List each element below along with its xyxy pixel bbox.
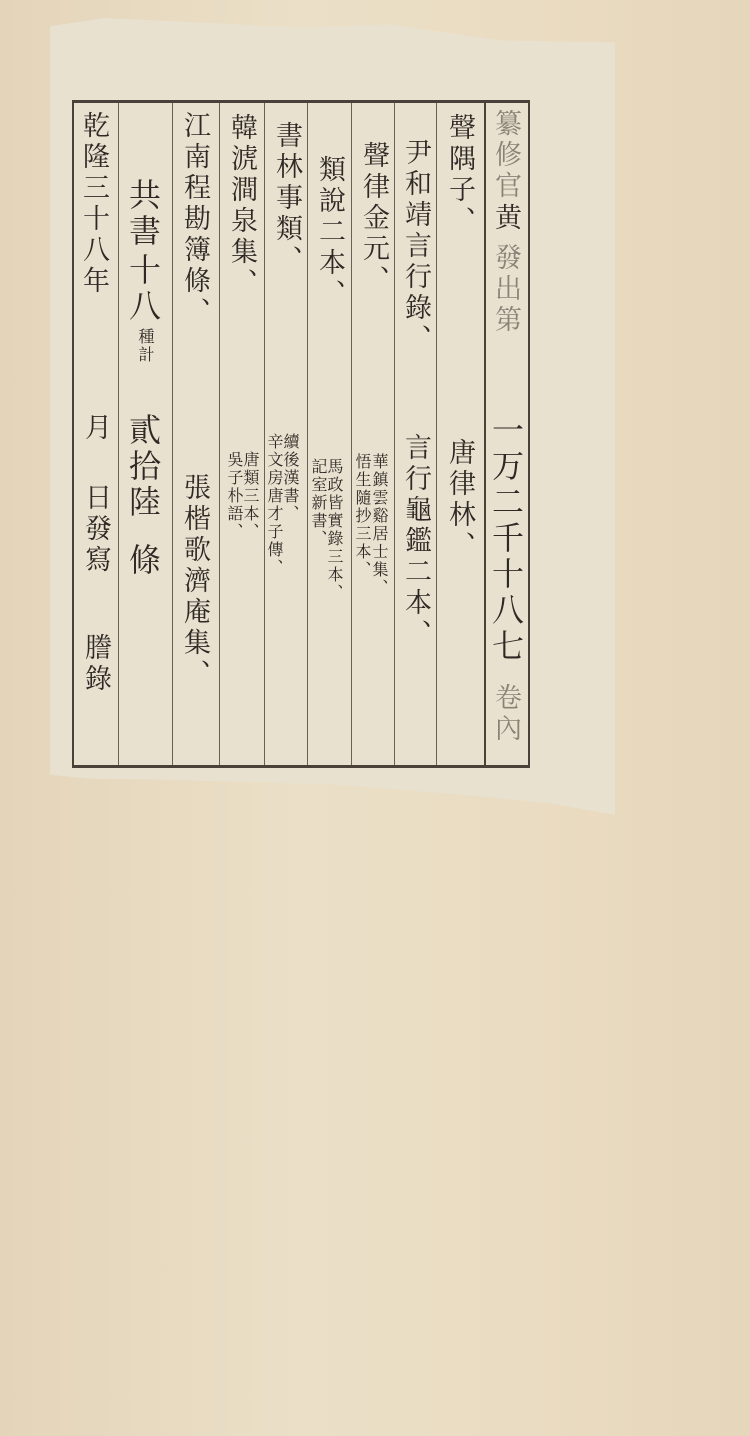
entry-sub: 辛文房唐才子傳、 <box>266 433 282 577</box>
column-rule <box>394 103 395 765</box>
entry-sub: 悟生隨抄三本、 <box>354 453 370 579</box>
entry-main: 江南程勘簿條、 <box>181 111 208 328</box>
column-rule <box>118 103 119 765</box>
entry-sub: 華鎮雲谿居士集、 <box>371 453 387 597</box>
entry-main: 聲律金元、 <box>360 141 387 296</box>
reign-date: 乾隆三十八年 <box>80 111 107 297</box>
compiler-name: 黄 <box>492 203 519 234</box>
entry-main: 韓淲澗泉集、 <box>228 113 255 299</box>
printed-header: 纂修官 <box>492 109 519 202</box>
column-rule <box>307 103 308 765</box>
entry-sub: 吳子朴語、 <box>226 451 242 541</box>
total-suffix: 種計 <box>137 328 153 364</box>
column-rule <box>219 103 220 765</box>
entry-note: 唐律林、 <box>446 438 473 562</box>
entry-note: 言行龜鑑二本、 <box>402 433 429 650</box>
entry-main: 書林事類、 <box>273 121 300 276</box>
volume-unit: 條 <box>127 543 159 579</box>
entry-sub: 馬政皆實錄三本、 <box>326 458 342 602</box>
total-label: 共書 <box>127 178 159 250</box>
juan-label: 卷內 <box>492 683 519 745</box>
entry-main: 尹和靖言行錄、 <box>402 138 429 355</box>
entry-sub: 張楷歌濟庵集、 <box>181 473 208 690</box>
column-rule <box>172 103 173 765</box>
column-rule <box>436 103 437 765</box>
entry-main: 類說二本、 <box>316 155 343 310</box>
column-rule <box>351 103 352 765</box>
entry-main: 聲隅子、 <box>446 113 473 237</box>
column-rule <box>484 103 486 765</box>
batch-number: 一万二千十八七 <box>490 413 522 665</box>
month-label: 月 <box>82 413 109 444</box>
day-label: 日發寫 <box>82 483 109 576</box>
printed-frame: 纂修官 黄 發出第 一万二千十八七 卷內 聲隅子、 唐律林、 尹和靖言行錄、 言… <box>72 100 530 768</box>
entry-sub: 續後漢書、 <box>282 433 298 523</box>
entry-sub: 記室新書、 <box>310 458 326 548</box>
volume-count: 貳拾陸 <box>127 413 159 521</box>
scribe-label: 謄錄 <box>82 633 109 695</box>
printed-suffix: 發出第 <box>492 243 519 336</box>
entry-sub: 唐類三本、 <box>242 451 258 541</box>
total-count: 十八 <box>127 253 159 325</box>
